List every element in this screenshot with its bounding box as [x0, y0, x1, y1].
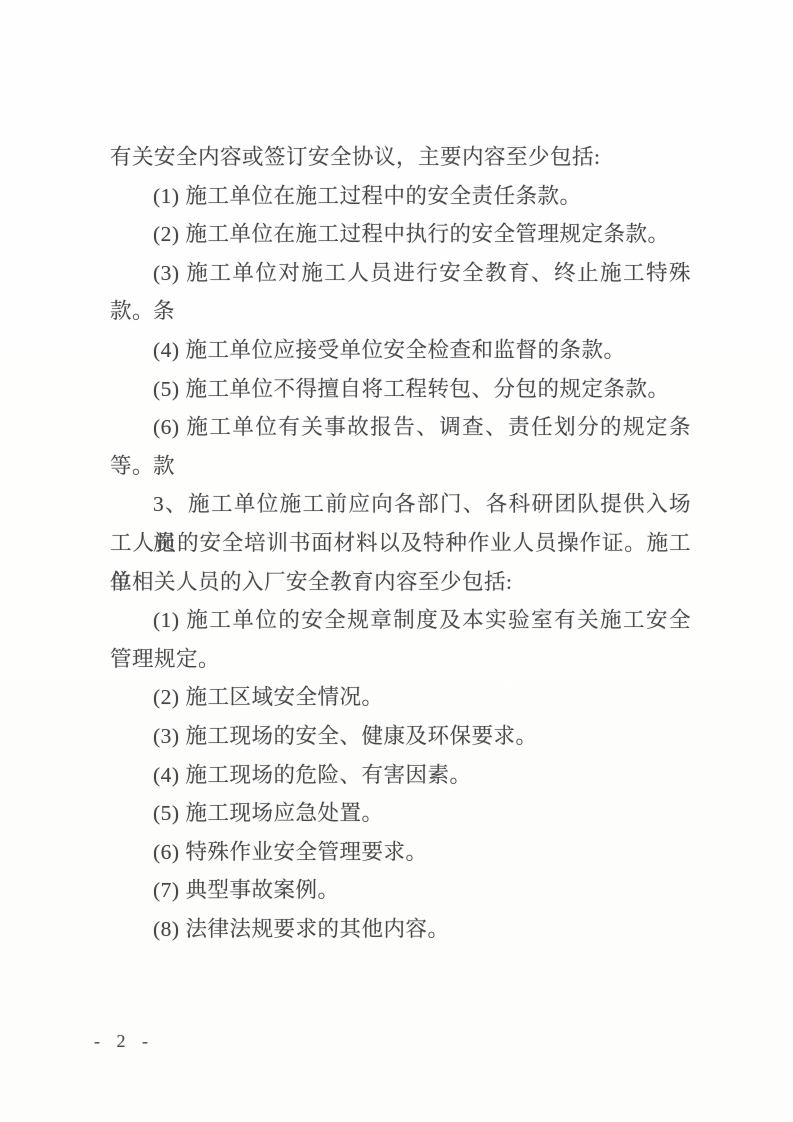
text-line-edu-item-2: (2) 施工区域安全情况。 [110, 678, 691, 717]
document-body-text: 有关安全内容或签订安全协议，主要内容至少包括: (1) 施工单位在施工过程中的安… [110, 138, 691, 948]
text-line-edu-item-3: (3) 施工现场的安全、健康及环保要求。 [110, 717, 691, 756]
text-line-edu-item-6: (6) 特殊作业安全管理要求。 [110, 833, 691, 872]
text-line-clause-3-wrap-1: 工人员的安全培训书面材料以及特种作业人员操作证。施工单 [110, 524, 691, 563]
text-line-item-3: (3) 施工单位对施工人员进行安全教育、终止施工特殊条 [110, 254, 691, 293]
text-line-item-1: (1) 施工单位在施工过程中的安全责任条款。 [110, 177, 691, 216]
scanned-document-page: 有关安全内容或签订安全协议，主要内容至少包括: (1) 施工单位在施工过程中的安… [0, 0, 793, 1122]
text-line-item-6-wrap: 等。 [110, 447, 691, 486]
text-line-item-2: (2) 施工单位在施工过程中执行的安全管理规定条款。 [110, 215, 691, 254]
text-line-clause-3-wrap-2: 位相关人员的入厂安全教育内容至少包括: [110, 563, 691, 602]
text-line-edu-item-8: (8) 法律法规要求的其他内容。 [110, 910, 691, 949]
text-line-edu-item-1: (1) 施工单位的安全规章制度及本实验室有关施工安全 [110, 601, 691, 640]
text-line-edu-item-1-wrap: 管理规定。 [110, 640, 691, 679]
text-line-edu-item-7: (7) 典型事故案例。 [110, 871, 691, 910]
text-line-continuation: 有关安全内容或签订安全协议，主要内容至少包括: [110, 138, 691, 177]
text-line-item-6: (6) 施工单位有关事故报告、调查、责任划分的规定条款 [110, 408, 691, 447]
text-line-edu-item-5: (5) 施工现场应急处置。 [110, 794, 691, 833]
text-line-item-3-wrap: 款。 [110, 292, 691, 331]
text-line-edu-item-4: (4) 施工现场的危险、有害因素。 [110, 756, 691, 795]
text-line-item-4: (4) 施工单位应接受单位安全检查和监督的条款。 [110, 331, 691, 370]
text-line-clause-3: 3、施工单位施工前应向各部门、各科研团队提供入场施 [110, 485, 691, 524]
text-line-item-5: (5) 施工单位不得擅自将工程转包、分包的规定条款。 [110, 370, 691, 409]
page-number: - 2 - [94, 1031, 154, 1052]
